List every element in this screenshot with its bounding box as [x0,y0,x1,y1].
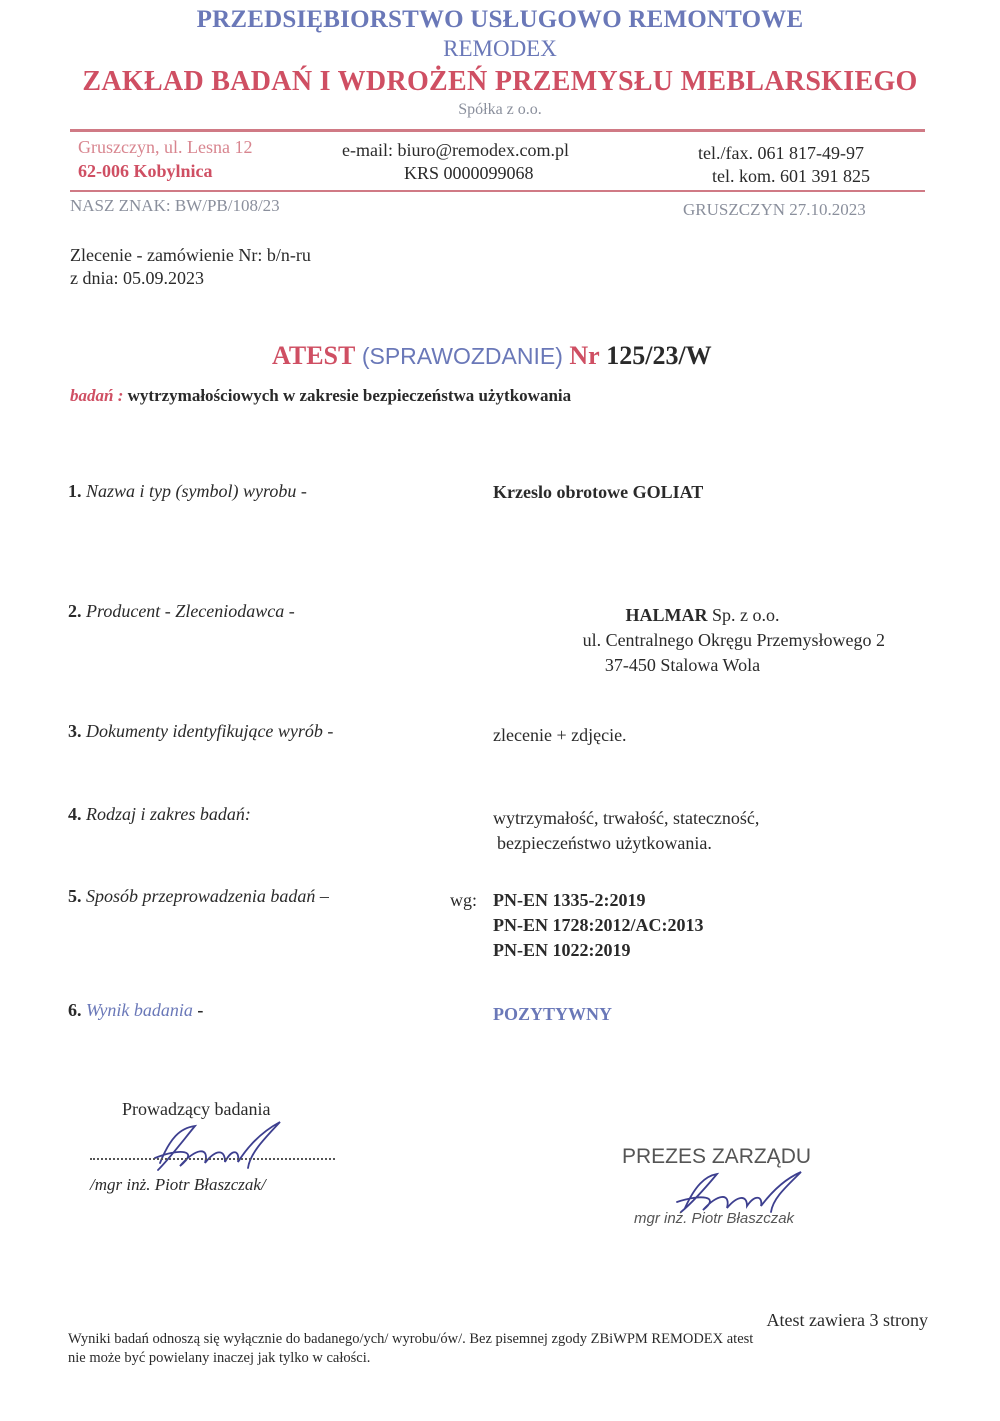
item-number: 2. [68,601,82,621]
standard-1: PN-EN 1335-2:2019 [493,890,645,911]
signature-right-name: mgr inż. Piotr Błaszczak [634,1210,794,1227]
header-divider-bottom [70,190,925,192]
document-subtitle: badań : wytrzymałościowych w zakresie be… [70,386,571,406]
item-label: Wynik badania [86,1000,193,1020]
email[interactable]: e-mail: biuro@remodex.com.pl [342,140,569,161]
phone-mobile: tel. kom. 601 391 825 [712,166,870,187]
subtitle-label: badań : [70,386,123,405]
title-nr-label: Nr [569,341,599,370]
item-number: 4. [68,804,82,824]
item-label: Dokumenty identyfikujące wyrób - [86,721,333,741]
header-divider-top [70,129,925,132]
item-label-suffix: - [193,1000,204,1020]
title-atest: ATEST [272,341,355,370]
item-label: Rodzaj i zakres badań: [86,804,251,824]
address-line2: 62-006 Kobylnica [78,161,213,182]
place-date: GRUSZCZYN 27.10.2023 [683,200,866,220]
title-sprawozdanie: (SPRAWOZDANIE) [362,343,563,369]
signature-left-name: /mgr inż. Piotr Błaszczak/ [90,1175,266,1195]
identifying-documents: zlecenie + zdjęcie. [493,725,627,746]
company-legal-form: Spółka z o.o. [0,101,1000,119]
document-title: ATEST (SPRAWOZDANIE) Nr 125/23/W [272,341,712,371]
signature-right-title: PREZES ZARZĄDU [622,1145,811,1169]
signature-left-line [90,1158,335,1160]
item-number: 6. [68,1000,82,1020]
subtitle-text: wytrzymałościowych w zakresie bezpieczeń… [128,386,572,405]
standards-prefix: wg: [450,890,477,911]
item-number: 5. [68,886,82,906]
disclaimer-line1: Wyniki badań odnoszą się wyłącznie do ba… [68,1331,753,1348]
phone-fax: tel./fax. 061 817-49-97 [698,143,864,164]
producent-legal: Sp. z o.o. [708,605,780,625]
item-number: 1. [68,481,82,501]
product-name: Krzeslo obrotowe GOLIAT [493,482,703,503]
producent-name-bold: HALMAR [626,605,708,625]
company-name-line3: ZAKŁAD BADAŃ I WDROŻEŃ PRZEMYSŁU MEBLARS… [0,66,1000,98]
standard-3: PN-EN 1022:2019 [493,940,631,961]
page-count: Atest zawiera 3 strony [600,1310,928,1331]
item-label: Sposób przeprowadzenia badań – [86,886,329,906]
reference-number: NASZ ZNAK: BW/PB/108/23 [70,196,280,216]
producent-name: HALMAR Sp. z o.o. [480,605,925,626]
disclaimer-line2: nie może być powielany inaczej jak tylko… [68,1350,370,1367]
order-date: z dnia: 05.09.2023 [70,268,204,289]
item-label: Producent - Zleceniodawca - [86,601,295,621]
krs-number: KRS 0000099068 [404,163,534,184]
title-number: 125/23/W [606,341,711,370]
company-name-line1: PRZEDSIĘBIORSTWO USŁUGOWO REMONTOWE [0,6,1000,34]
test-scope-line2: bezpieczeństwo użytkowania. [497,833,712,854]
order-number: Zlecenie - zamówienie Nr: b/n-ru [70,245,311,266]
test-result: POZYTYWNY [493,1004,612,1025]
producent-city: 37-450 Stalowa Wola [480,655,885,676]
item-number: 3. [68,721,82,741]
company-name-remodex: REMODEX [0,36,1000,62]
address-line1: Gruszczyn, ul. Lesna 12 [78,137,252,158]
item-label: Nazwa i typ (symbol) wyrobu - [86,481,307,501]
signature-left-scribble-icon [140,1118,290,1178]
signature-left-title: Prowadzący badania [122,1099,270,1120]
producent-street: ul. Centralnego Okręgu Przemysłowego 2 [480,630,885,651]
test-scope-line1: wytrzymałość, trwałość, stateczność, [493,808,759,829]
standard-2: PN-EN 1728:2012/AC:2013 [493,915,703,936]
